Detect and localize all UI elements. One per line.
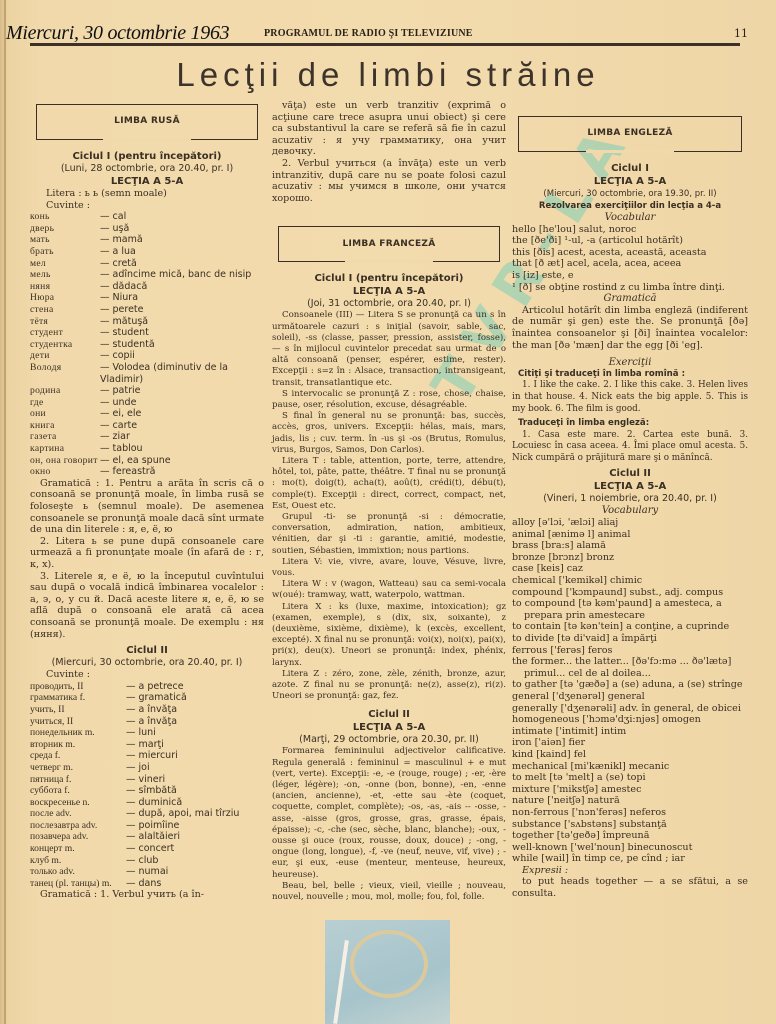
russian-words-label: Cuvinte : xyxy=(30,200,264,212)
romanian-translation: — el, ea spune xyxy=(100,455,264,467)
russian-word: четверг m. xyxy=(30,762,126,774)
paragraph: Litera Z : zéro, zone, zèle, zénith, bro… xyxy=(272,669,506,703)
romanian-translation: — club xyxy=(126,855,264,867)
romanian-translation: — ziar xyxy=(100,431,264,443)
english-cycle2-heading: Ciclul II xyxy=(512,467,748,480)
vocab-entry: to contain [tə kən'tein] a conţine, a cu… xyxy=(512,621,748,633)
vocab-row: студентка— studentă xyxy=(30,339,264,351)
vocab-row: проводить, II— a petrece xyxy=(30,681,264,693)
russian-word: только adv. xyxy=(30,866,126,878)
russian-word: Нюра xyxy=(30,292,100,304)
english-grammar-label: Gramatică xyxy=(512,293,748,305)
vocab-entry: general ['dʒenərəl] general xyxy=(512,691,748,703)
russian-word: где xyxy=(30,397,100,409)
russian-word: книга xyxy=(30,420,100,432)
russian-word: дверь xyxy=(30,223,100,235)
russian-word: мел xyxy=(30,258,100,270)
vocab-row: газета— ziar xyxy=(30,431,264,443)
russian-cycle2-schedule: (Miercuri, 30 octombrie, ora 20.40, pr. … xyxy=(30,657,264,669)
russian-word: учить, II xyxy=(30,704,126,716)
vocab-entry: hello [he'lou] salut, noroc xyxy=(512,224,748,236)
russian-word: вторник m. xyxy=(30,739,126,751)
vocab-row: мель— adîncime mică, banc de nisip xyxy=(30,269,264,281)
illustration-shape xyxy=(350,930,428,998)
russian-cycle2-grammar-start: Gramatică : 1. Verbul учить (a în- xyxy=(30,889,264,901)
russian-cycle1-grammar: Gramatică : 1. Pentru a arăta în scris c… xyxy=(30,478,264,640)
romanian-translation: — ei, ele xyxy=(100,408,264,420)
page-title: Lecţii de limbi străine xyxy=(0,56,776,94)
vocab-row: брать— a lua xyxy=(30,246,264,258)
paragraph: Beau, bel, belle ; vieux, vieil, vieille… xyxy=(272,881,506,903)
romanian-translation: — fereastră xyxy=(100,466,264,478)
issue-date: Miercuri, 30 octombrie 1963 xyxy=(6,22,229,45)
russian-word: тётя xyxy=(30,316,100,328)
vocab-row: конь— cal xyxy=(30,211,264,223)
russian-word: стена xyxy=(30,304,100,316)
romanian-translation: — mamă xyxy=(100,234,264,246)
newspaper-page: Miercuri, 30 octombrie 1963 PROGRAMUL DE… xyxy=(0,0,776,1024)
russian-cycle2-vocab: проводить, II— a petreceграмматика f.— g… xyxy=(30,681,264,890)
paragraph: văţa) este un verb tranzitiv (exprimă o … xyxy=(272,100,506,158)
vocab-row: книга— carte xyxy=(30,420,264,432)
vocab-entry: non-ferrous ['nɔn'ferəs] neferos xyxy=(512,807,748,819)
romanian-translation: — concert xyxy=(126,843,264,855)
english-section-label: LIMBA ENGLEZĂ xyxy=(518,116,742,152)
vocab-row: понедельник m.— luni xyxy=(30,727,264,739)
french-cycle2-lesson: LECŢIA A 5-A xyxy=(272,721,506,734)
russian-word: мать xyxy=(30,234,100,246)
english-column: LIMBA ENGLEZĂ Ciclul I LECŢIA A 5-A (Mie… xyxy=(512,100,748,900)
vocab-entry: while [wail] în timp ce, pe cînd ; iar xyxy=(512,853,748,865)
russian-word: картина xyxy=(30,443,100,455)
romanian-translation: — duminică xyxy=(126,797,264,809)
paragraph: Litera T : table, attention, porte, terr… xyxy=(272,456,506,512)
publication-name: PROGRAMUL DE RADIO ŞI TELEVIZIUNE xyxy=(264,28,473,39)
vocab-entry: to compound [tə kəm'paund] a amesteca, a… xyxy=(512,598,748,621)
paragraph: Gramatică : 1. Pentru a arăta în scris c… xyxy=(30,478,264,536)
romanian-translation: — tablou xyxy=(100,443,264,455)
vocab-entry: generally ['dʒenərəli] adv. în general, … xyxy=(512,703,748,715)
english-cycle1-schedule: (Miercuri, 30 octombrie, ora 19.30, pr. … xyxy=(512,188,748,200)
russian-word: грамматика f. xyxy=(30,692,126,704)
russian-word: после adv. xyxy=(30,808,126,820)
russian-word: они xyxy=(30,408,100,420)
vocab-entry: homogeneous ['hɔmə'dʒi:njəs] omogen xyxy=(512,714,748,726)
vocab-entry: mechanical [mi'kænikl] mecanic xyxy=(512,761,748,773)
vocab-entry: case [keis] caz xyxy=(512,563,748,575)
vocab-row: Володя— Volodea (diminutiv de la Vladimi… xyxy=(30,362,264,385)
vocab-entry: kind [kaind] fel xyxy=(512,749,748,761)
russian-word: конь xyxy=(30,211,100,223)
vocab-row: он, она говорит— el, ea spune xyxy=(30,455,264,467)
romanian-translation: — numai xyxy=(126,866,264,878)
vocab-row: учить, II— a învăţa xyxy=(30,704,264,716)
paragraph: Consoanele (III) — Litera S se pronunţă … xyxy=(272,310,506,388)
vocab-entry: to melt [tə 'melt] a (se) topi xyxy=(512,772,748,784)
vocab-row: грамматика f.— gramatică xyxy=(30,692,264,704)
romanian-translation: — a lua xyxy=(100,246,264,258)
vocab-row: концерт m.— concert xyxy=(30,843,264,855)
russian-word: проводить, II xyxy=(30,681,126,693)
russian-word: газета xyxy=(30,431,100,443)
romanian-translation: — cal xyxy=(100,211,264,223)
romanian-translation: — alaltăieri xyxy=(126,831,264,843)
romanian-translation: — patrie xyxy=(100,385,264,397)
vocab-row: студент— student xyxy=(30,327,264,339)
french-cycle2-heading: Ciclul II xyxy=(272,708,506,721)
russian-cycle1-lesson: LECŢIA A 5-A xyxy=(30,175,264,188)
french-cycle1-heading: Ciclul I (pentru începători) xyxy=(272,272,506,285)
paragraph: 3. Literele я, е ё, ю la începutul cuvîn… xyxy=(30,571,264,641)
russian-column: LIMBA RUSĂ Ciclul I (pentru începători) … xyxy=(30,100,264,901)
russian-word: брать xyxy=(30,246,100,258)
romanian-translation: — a învăţa xyxy=(126,704,264,716)
vocab-row: Нюра— Niura xyxy=(30,292,264,304)
vocab-row: няня— dădacă xyxy=(30,281,264,293)
romanian-translation: — gramatică xyxy=(126,692,264,704)
english-expressions-label: Expresii : xyxy=(512,865,748,877)
vocab-entry: this [ðis] acest, acesta, această, aceas… xyxy=(512,247,748,259)
russian-word: родина xyxy=(30,385,100,397)
romanian-translation: — dădacă xyxy=(100,281,264,293)
paragraph: Formarea femininului adjectivelor califi… xyxy=(272,746,506,880)
vocab-row: воскресенье n.— duminică xyxy=(30,797,264,809)
romanian-translation: — marţi xyxy=(126,739,264,751)
vocab-row: послезавтра adv.— poimîine xyxy=(30,820,264,832)
russian-cycle1-vocab: конь— calдверь— uşăмать— mamăбрать— a lu… xyxy=(30,211,264,478)
english-exercises-label: Exerciţii xyxy=(512,357,748,369)
romanian-translation: — a petrece xyxy=(126,681,264,693)
english-cycle1-vocab: hello [he'lou] salut, norocthe [ðe'ði] ¹… xyxy=(512,224,748,294)
english-grammar-text: Articolul hotărît din limba engleză (ind… xyxy=(512,305,748,351)
russian-cycle2-heading: Ciclul II xyxy=(30,644,264,657)
russian-cycle1-schedule: (Luni, 28 octombrie, ora 20.40, pr. I) xyxy=(30,163,264,175)
romanian-translation: — uşă xyxy=(100,223,264,235)
page-spine xyxy=(4,0,6,1024)
russian-word: концерт m. xyxy=(30,843,126,855)
romanian-translation: — mătuşă xyxy=(100,316,264,328)
vocab-entry: nature ['neitʃə] natură xyxy=(512,795,748,807)
romanian-translation: — joi xyxy=(126,762,264,774)
french-cycle1-lesson: LECŢIA A 5-A xyxy=(272,285,506,298)
paragraph: Grupul -ti- se pronunţă -si : démocratie… xyxy=(272,512,506,557)
vocab-entry: ferrous ['ferəs] feros xyxy=(512,645,748,657)
vocab-row: дверь— uşă xyxy=(30,223,264,235)
vocab-row: где— unde xyxy=(30,397,264,409)
russian-word: послезавтра adv. xyxy=(30,820,126,832)
vocab-row: стена— perete xyxy=(30,304,264,316)
english-read-label: Citiţi şi traduceţi în limba romînă : xyxy=(512,369,748,381)
english-cycle2-vocab-label: Vocabulary xyxy=(512,505,748,517)
english-cycle2-schedule: (Vineri, 1 noiembrie, ora 20.40, pr. I) xyxy=(512,493,748,505)
russian-cycle1-heading: Ciclul I (pentru începători) xyxy=(30,150,264,163)
english-cycle1-subtitle: Rezolvarea exerciţiilor din lecţia a 4-a xyxy=(512,200,748,212)
vocab-row: среда f.— miercuri xyxy=(30,750,264,762)
russian-word: воскресенье n. xyxy=(30,797,126,809)
romanian-translation: — adîncime mică, banc de nisip xyxy=(100,269,264,281)
vocab-entry: iron ['aiən] fier xyxy=(512,737,748,749)
vocab-entry: bronze [brɔnz] bronz xyxy=(512,552,748,564)
vocab-entry: to gather [tə 'gæðə] a (se) aduna, a (se… xyxy=(512,679,748,691)
vocab-row: мел— cretă xyxy=(30,258,264,270)
russian-cycle2-grammar-cont: văţa) este un verb tranzitiv (exprimă o … xyxy=(272,100,506,204)
vocab-entry: the [ðe'ði] ¹-ul, -a (articolul hotărît) xyxy=(512,235,748,247)
illustration-stick xyxy=(333,940,349,1024)
paragraph: Litera X : ks (luxe, maxime, intoxicatio… xyxy=(272,602,506,669)
russian-word: студентка xyxy=(30,339,100,351)
english-cycle2-lesson: LECŢIA A 5-A xyxy=(512,480,748,493)
french-cycle2-schedule: (Marţi, 29 octombrie, ora 20.30, pr. II) xyxy=(272,734,506,746)
vocab-row: пятница f.— vineri xyxy=(30,774,264,786)
french-cycle1-schedule: (Joi, 31 octombrie, ora 20.40, pr. I) xyxy=(272,298,506,310)
romanian-translation: — cretă xyxy=(100,258,264,270)
vocab-entry: ¹ [ð] se obţine rostind z cu limba între… xyxy=(512,282,748,294)
vocab-entry: well-known ['wel'noun] binecunoscut xyxy=(512,842,748,854)
vocab-row: четверг m.— joi xyxy=(30,762,264,774)
vocab-row: учиться, II— a învăţa xyxy=(30,716,264,728)
russian-word: учиться, II xyxy=(30,716,126,728)
french-cycle1-text: Consoanele (III) — Litera S se pronunţă … xyxy=(272,310,506,702)
vocab-row: дети— copii xyxy=(30,350,264,362)
romanian-translation: — miercuri xyxy=(126,750,264,762)
vocab-row: окно— fereastră xyxy=(30,466,264,478)
page-number: 11 xyxy=(734,27,748,40)
decorative-illustration xyxy=(325,920,450,1024)
english-translate-text: 1. Casa este mare. 2. Cartea este bună. … xyxy=(512,430,748,465)
romanian-translation: — poimîine xyxy=(126,820,264,832)
romanian-translation: — după, apoi, mai tîrziu xyxy=(126,808,264,820)
romanian-translation: — sîmbătă xyxy=(126,785,264,797)
romanian-translation: — dans xyxy=(126,878,264,890)
vocab-row: тётя— mătuşă xyxy=(30,316,264,328)
romanian-translation: — carte xyxy=(100,420,264,432)
russian-word: суббота f. xyxy=(30,785,126,797)
russian-word: среда f. xyxy=(30,750,126,762)
vocab-row: картина— tablou xyxy=(30,443,264,455)
russian-section-label: LIMBA RUSĂ xyxy=(36,104,258,140)
romanian-translation: — unde xyxy=(100,397,264,409)
paragraph: 2. Litera ь se pune după consoanele care… xyxy=(30,536,264,571)
english-vocab-label: Vocabular xyxy=(512,212,748,224)
russian-word: студент xyxy=(30,327,100,339)
vocab-entry: intimate ['intimit] intim xyxy=(512,726,748,738)
russian-word: клуб m. xyxy=(30,855,126,867)
russian-word: позавчера adv. xyxy=(30,831,126,843)
romanian-translation: — a învăţa xyxy=(126,716,264,728)
french-column: văţa) este un verb tranzitiv (exprimă o … xyxy=(272,100,506,903)
paragraph: S intervocalic se pronunţă Z : rose, cho… xyxy=(272,389,506,411)
russian-letter: Litera : ь ь (semn moale) xyxy=(30,188,264,200)
vocab-entry: chemical ['kemikəl] chimic xyxy=(512,575,748,587)
header-rule xyxy=(30,43,740,46)
vocab-entry: together [tə'geðə] împreună xyxy=(512,830,748,842)
romanian-translation: — Niura xyxy=(100,292,264,304)
vocab-row: они— ei, ele xyxy=(30,408,264,420)
vocab-entry: that [ð æt] acel, acela, acea, aceea xyxy=(512,258,748,270)
vocab-row: позавчера adv.— alaltăieri xyxy=(30,831,264,843)
vocab-entry: mixture ['mikstʃə] amestec xyxy=(512,784,748,796)
romanian-translation: — studentă xyxy=(100,339,264,351)
romanian-translation: — luni xyxy=(126,727,264,739)
english-read-text: 1. I like the cake. 2. I like this cake.… xyxy=(512,380,748,415)
vocab-row: клуб m.— club xyxy=(30,855,264,867)
vocab-row: суббота f.— sîmbătă xyxy=(30,785,264,797)
vocab-entry: compound ['kɔmpaund] subst., adj. compus xyxy=(512,587,748,599)
paragraph: 2. Verbul учиться (a învăţa) este un ver… xyxy=(272,158,506,204)
page-header: Miercuri, 30 octombrie 1963 PROGRAMUL DE… xyxy=(6,22,768,44)
french-cycle2-text: Formarea femininului adjectivelor califi… xyxy=(272,746,506,903)
russian-word: окно xyxy=(30,466,100,478)
english-translate-label: Traduceţi în limba engleză: xyxy=(512,418,748,430)
english-cycle1-heading: Ciclul I xyxy=(512,162,748,175)
russian-word: дети xyxy=(30,350,100,362)
romanian-translation: — perete xyxy=(100,304,264,316)
vocab-entry: animal [ænimə l] animal xyxy=(512,529,748,541)
romanian-translation: — student xyxy=(100,327,264,339)
russian-word: мель xyxy=(30,269,100,281)
romanian-translation: — Volodea (diminutiv de la Vladimir) xyxy=(100,362,264,385)
russian-word: он, она говорит xyxy=(30,455,100,467)
vocab-row: мать— mamă xyxy=(30,234,264,246)
russian-word: понедельник m. xyxy=(30,727,126,739)
vocab-row: после adv.— după, apoi, mai tîrziu xyxy=(30,808,264,820)
vocab-entry: to divide [tə di'vaid] a împărţi xyxy=(512,633,748,645)
romanian-translation: — vineri xyxy=(126,774,264,786)
romanian-translation: — copii xyxy=(100,350,264,362)
russian-word: няня xyxy=(30,281,100,293)
vocab-row: родина— patrie xyxy=(30,385,264,397)
vocab-row: вторник m.— marţi xyxy=(30,739,264,751)
russian-word: Володя xyxy=(30,362,100,385)
vocab-entry: alloy [ə'lɔi, 'ælɔi] aliaj xyxy=(512,517,748,529)
russian-word: танец (pl. танцы) m. xyxy=(30,878,126,890)
english-expression: to put heads together — a se sfătui, a s… xyxy=(512,876,748,899)
vocab-entry: substance ['sʌbstəns] substanţă xyxy=(512,819,748,831)
french-section-label: LIMBA FRANCEZĂ xyxy=(278,226,500,262)
vocab-entry: the former... the latter... [ðə'fɔ:mə ..… xyxy=(512,656,748,679)
russian-word: пятница f. xyxy=(30,774,126,786)
vocab-row: только adv.— numai xyxy=(30,866,264,878)
vocab-entry: is [iz] este, e xyxy=(512,270,748,282)
paragraph: Litera V: vie, vivre, avare, louve, Vésu… xyxy=(272,557,506,579)
paragraph: Litera W : v (wagon, Watteau) sau ca sem… xyxy=(272,579,506,601)
english-cycle2-vocab: alloy [ə'lɔi, 'ælɔi] aliajanimal [ænimə … xyxy=(512,517,748,865)
vocab-entry: brass [bra:s] alamă xyxy=(512,540,748,552)
russian-cycle2-words-label: Cuvinte : xyxy=(30,669,264,681)
vocab-row: танец (pl. танцы) m.— dans xyxy=(30,878,264,890)
paragraph: S final în general nu se pronunţă: bas, … xyxy=(272,411,506,456)
english-cycle1-lesson: LECŢIA A 5-A xyxy=(512,175,748,188)
